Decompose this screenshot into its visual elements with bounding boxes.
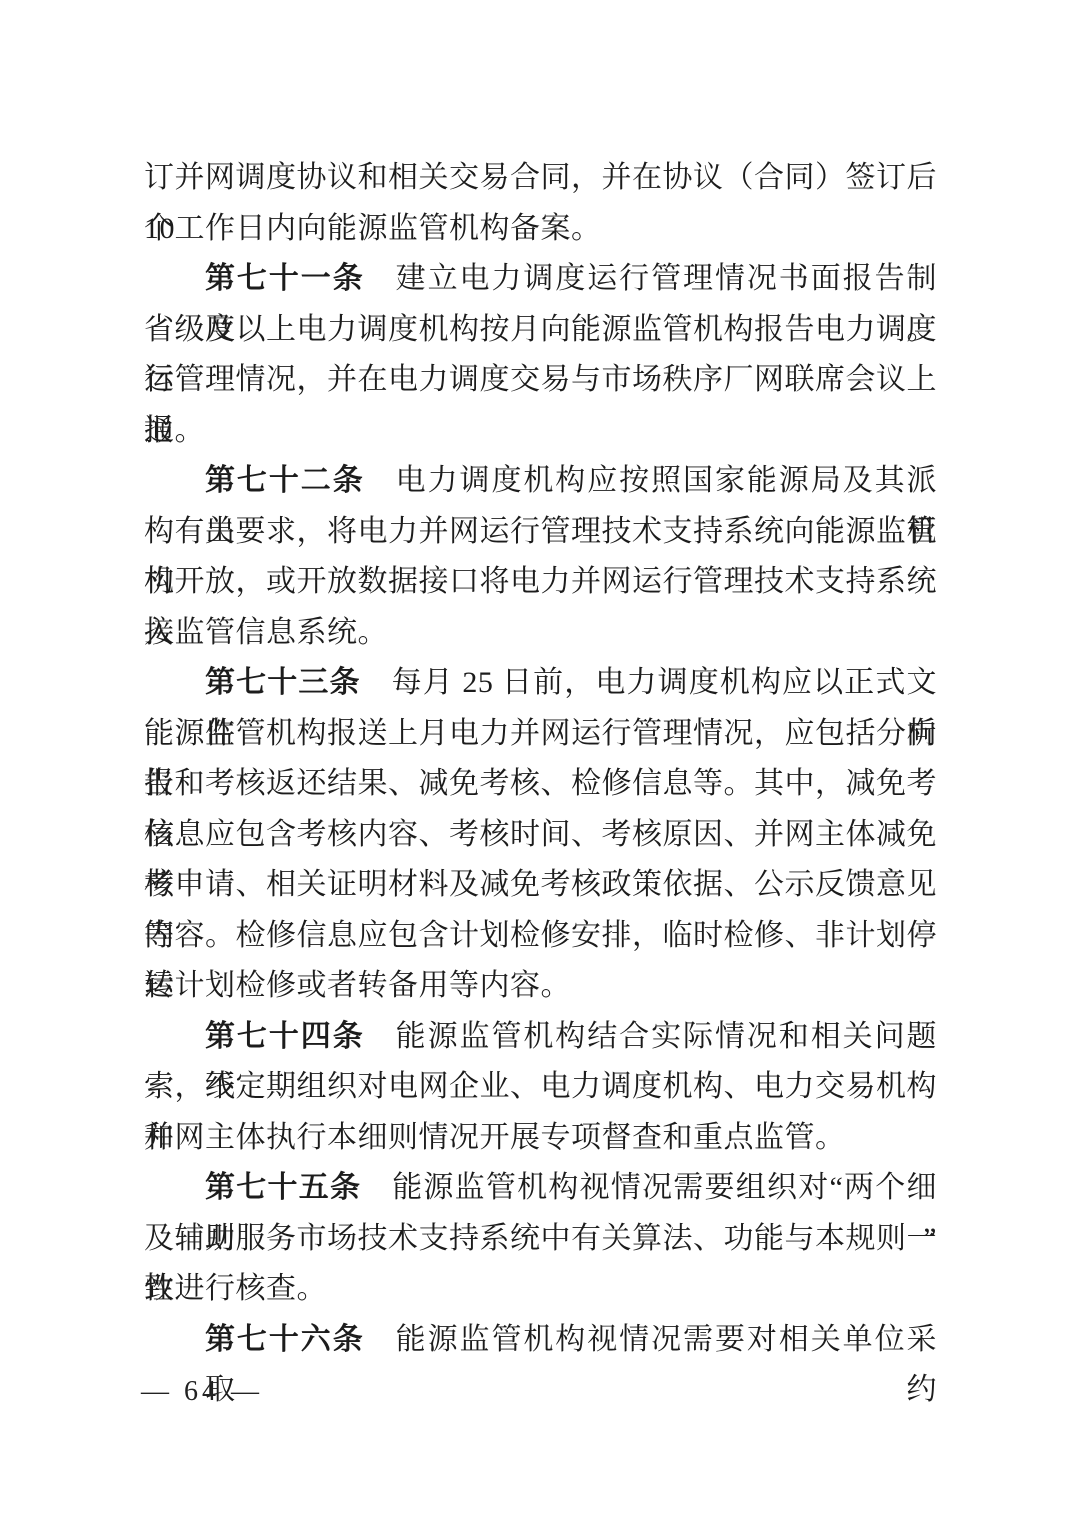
- text-line: 订并网调度协议和相关交易合同，并在协议（合同）签订后 10: [144, 153, 937, 204]
- text-line: 入监管信息系统。: [144, 608, 937, 659]
- article-number: 第七十六条: [205, 1323, 365, 1356]
- article-number: 第七十四条: [205, 1020, 365, 1053]
- page-number: — 64 —: [141, 1372, 263, 1412]
- document-body: 订并网调度协议和相关交易合同，并在协议（合同）签订后 10个工作日内向能源监管机…: [144, 153, 937, 1365]
- text-line: 第七十五条能源监管机构视情况需要组织对“两个细则”: [144, 1163, 937, 1214]
- text-line: 第七十三条每月 25 日前，电力调度机构应以正式文件向: [144, 658, 937, 709]
- text-line: 报。: [144, 406, 937, 457]
- text-line: 性进行核查。: [144, 1264, 937, 1315]
- text-line: 构有关要求，将电力并网运行管理技术支持系统向能源监管机: [144, 507, 937, 558]
- text-line: 第七十一条建立电力调度运行管理情况书面报告制度。: [144, 254, 937, 305]
- text-line: 第七十六条能源监管机构视情况需要对相关单位采取约: [144, 1315, 937, 1366]
- text-line: 核申请、相关证明材料及减免考核政策依据、公示反馈意见等: [144, 860, 937, 911]
- article-number: 第七十二条: [205, 464, 365, 497]
- text-line: 第七十四条能源监管机构结合实际情况和相关问题线: [144, 1012, 937, 1063]
- text-line: 行管理情况，并在电力调度交易与市场秩序厂网联席会议上通: [144, 355, 937, 406]
- line-text: 转计划检修或者转备用等内容。: [144, 969, 571, 1002]
- line-text: 性进行核查。: [144, 1272, 327, 1305]
- text-line: 第七十二条电力调度机构应按照国家能源局及其派出机: [144, 456, 937, 507]
- text-line: 及辅助服务市场技术支持系统中有关算法、功能与本规则一致: [144, 1214, 937, 1265]
- line-text: 报。: [144, 414, 205, 447]
- text-line: 转计划检修或者转备用等内容。: [144, 961, 937, 1012]
- text-line: 索，不定期组织对电网企业、电力调度机构、电力交易机构和: [144, 1062, 937, 1113]
- line-text: 并网主体执行本细则情况开展专项督查和重点监管。: [144, 1121, 846, 1154]
- article-number: 第七十三条: [205, 666, 361, 699]
- text-line: 个工作日内向能源监管机构备案。: [144, 204, 937, 255]
- text-line: 能源监管机构报送上月电力并网运行管理情况，应包括分析报: [144, 709, 937, 760]
- text-line: 省级及以上电力调度机构按月向能源监管机构报告电力调度运: [144, 305, 937, 356]
- article-number: 第七十一条: [205, 262, 365, 295]
- line-text: 入监管信息系统。: [144, 616, 388, 649]
- text-line: 信息应包含考核内容、考核时间、考核原因、并网主体减免考: [144, 810, 937, 861]
- text-line: 告和考核返还结果、减免考核、检修信息等。其中，减免考核: [144, 759, 937, 810]
- text-line: 内容。检修信息应包含计划检修安排，临时检修、非计划停运: [144, 911, 937, 962]
- article-number: 第七十五条: [205, 1171, 361, 1204]
- line-text: 个工作日内向能源监管机构备案。: [144, 212, 602, 245]
- text-line: 构开放，或开放数据接口将电力并网运行管理技术支持系统接: [144, 557, 937, 608]
- text-line: 并网主体执行本细则情况开展专项督查和重点监管。: [144, 1113, 937, 1164]
- document-page: 订并网调度协议和相关交易合同，并在协议（合同）签订后 10个工作日内向能源监管机…: [0, 0, 1080, 1527]
